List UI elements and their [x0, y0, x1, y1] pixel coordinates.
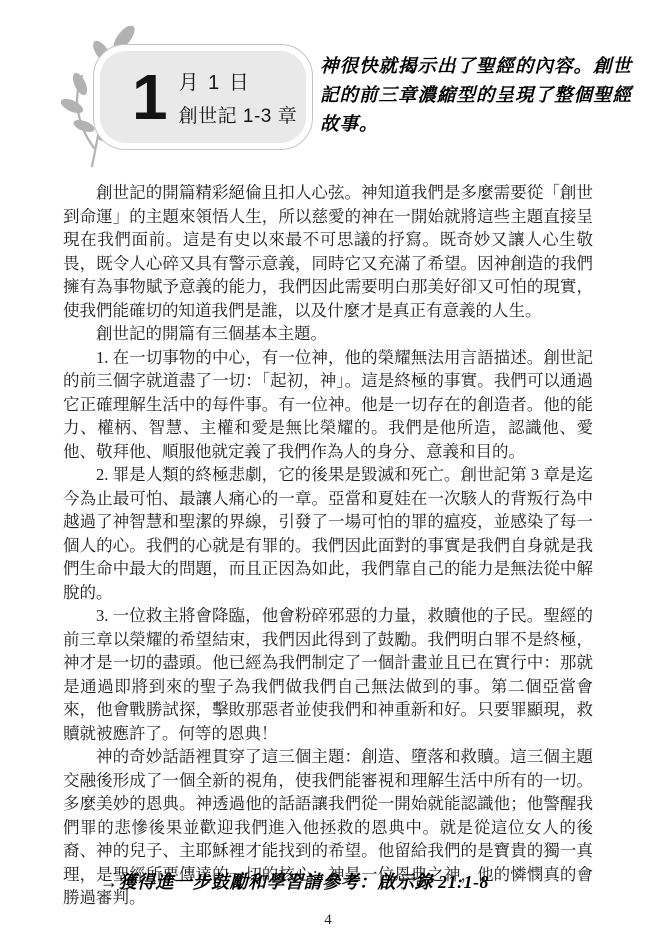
paragraph-intro: 創世記的開篇精彩絕倫且扣人心弦。神知道我們是多麼需要從「創世到命運」的主題來領悟…: [63, 181, 593, 322]
body-text: 創世記的開篇精彩絕倫且扣人心弦。神知道我們是多麼需要從「創世到命運」的主題來領悟…: [63, 181, 593, 910]
devotional-page: 1 月 1 日 創世記 1-3 章 神很快就揭示出了聖經的內容。創世記的前三章濃…: [0, 0, 656, 937]
paragraph-theme-1: 1. 在一切事物的中心，有一位神，他的榮耀無法用言語描述。創世記的前三個字就道盡…: [63, 346, 593, 464]
intro-quote: 神很快就揭示出了聖經的內容。創世記的前三章濃縮型的呈現了整個聖經故事。: [320, 53, 646, 140]
paragraph-theme-2: 2. 罪是人類的終極悲劇，它的後果是毀滅和死亡。創世記第 3 章是迄今為止最可怕…: [63, 463, 593, 604]
date-label: 月 1 日: [179, 66, 298, 95]
footer-reference: →獲得進一步鼓勵和學習請參考：啟示錄 21:1-8: [100, 868, 489, 894]
date-badge: 1 月 1 日 創世記 1-3 章: [93, 44, 313, 150]
paragraph-themes: 創世記的開篇有三個基本主題。: [63, 322, 593, 346]
paragraph-theme-3: 3. 一位救主將會降臨，他會粉碎邪惡的力量，救贖他的子民。聖經的前三章以榮耀的希…: [63, 604, 593, 745]
date-lines: 月 1 日 創世記 1-3 章: [179, 66, 298, 128]
passage-label: 創世記 1-3 章: [179, 101, 298, 128]
date-badge-inner: 1 月 1 日 創世記 1-3 章: [100, 51, 306, 143]
day-number: 1: [132, 67, 166, 128]
page-number: 4: [0, 912, 656, 929]
